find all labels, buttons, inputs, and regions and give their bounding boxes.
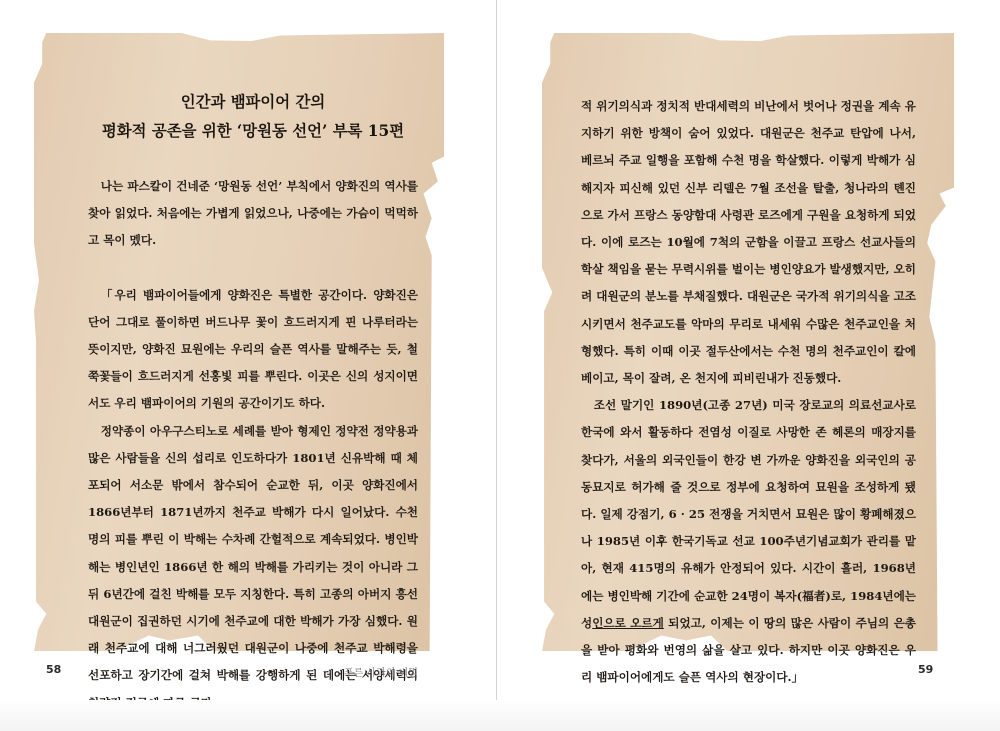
chapter-title: 인간과 뱀파이어 간의 평화적 공존을 위한 ‘망원동 선언’ 부록 15편 [88,88,418,146]
viewer-bottom-shade [0,700,1000,731]
right-page: 적 위기의식과 정치적 반대세력의 비난에서 벗어나 정권을 계속 유지하기 위… [497,0,1000,700]
paragraph: 적 위기의식과 정치적 반대세력의 비난에서 벗어나 정권을 계속 유지하기 위… [581,93,916,392]
book-spread: 인간과 뱀파이어 간의 평화적 공존을 위한 ‘망원동 선언’ 부록 15편 나… [0,0,1000,731]
paragraph-text: 조선 말기인 1890년(고종 27년) 미국 장로교의 의료선교사로 한국에 … [581,398,916,630]
chapter-title-line-1: 인간과 뱀파이어 간의 [88,88,418,117]
page-number: 59 [918,663,933,676]
paragraph: 「우리 뱀파이어들에게 양화진은 특별한 공간이다. 양화진은 단어 그대로 풀… [88,282,418,418]
chapter-title-line-2: 평화적 공존을 위한 ‘망원동 선언’ 부록 15편 [88,117,418,146]
right-page-content: 적 위기의식과 정치적 반대세력의 비난에서 벗어나 정권을 계속 유지하기 위… [581,93,916,691]
left-page-content: 인간과 뱀파이어 간의 평화적 공존을 위한 ‘망원동 선언’ 부록 15편 나… [88,88,418,717]
underlined-text: 인으로 오르게 [592,616,664,630]
paragraph: 조선 말기인 1890년(고종 27년) 미국 장로교의 의료선교사로 한국에 … [581,392,916,691]
left-page: 인간과 뱀파이어 간의 평화적 공존을 위한 ‘망원동 선언’ 부록 15편 나… [0,0,496,700]
running-title: 푸른 사과의 비밀 [344,664,418,679]
paragraph: 나는 파스칼이 건네준 ‘망원동 선언’ 부칙에서 양화진의 역사를 찾아 읽었… [88,173,418,255]
page-number: 58 [46,663,61,676]
